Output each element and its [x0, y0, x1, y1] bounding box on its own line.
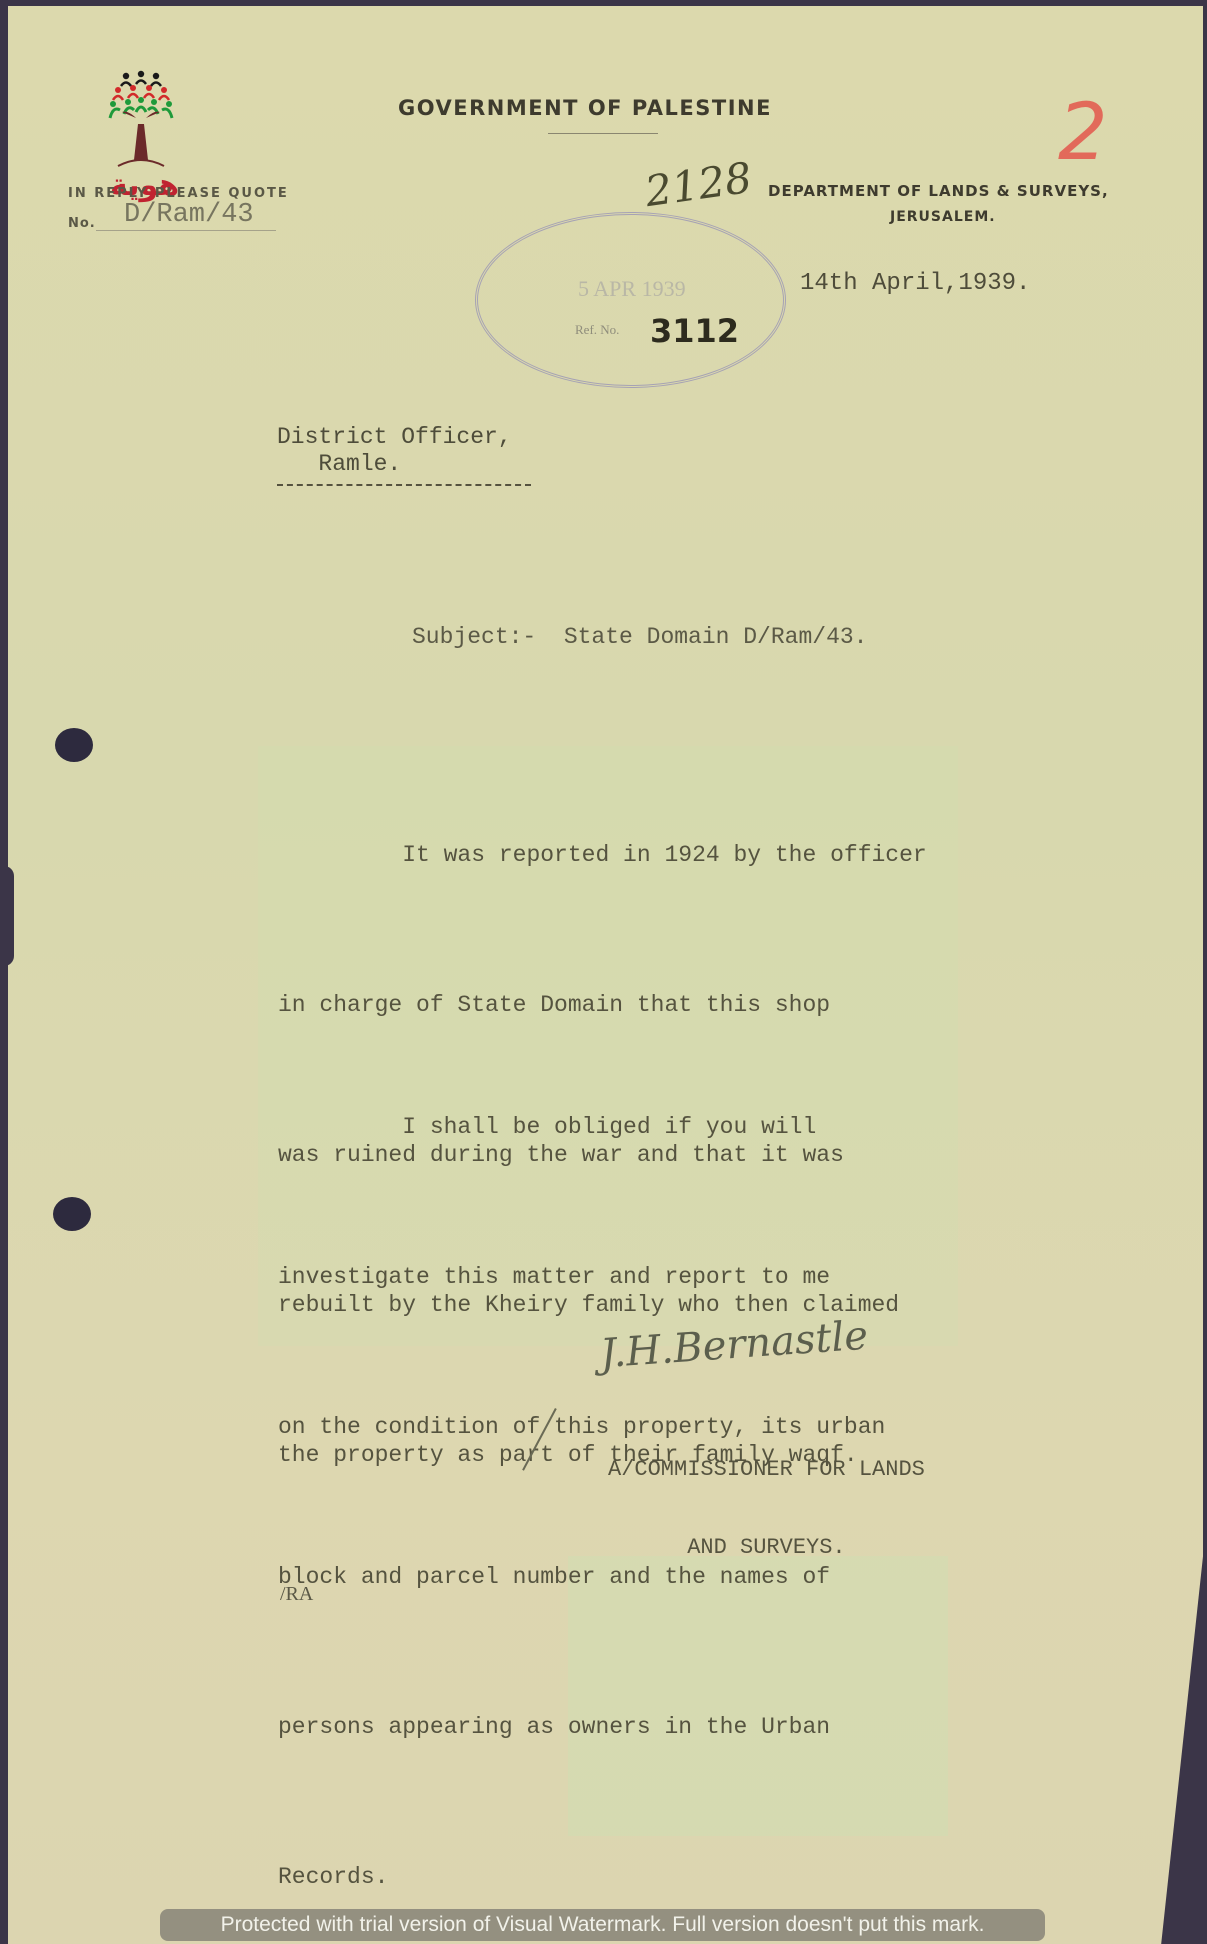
stamp-date: 5 APR 1939 — [578, 276, 686, 302]
number-label: No. — [68, 216, 96, 231]
text-line: I shall be obliged if you will — [278, 1102, 885, 1152]
title-rule — [548, 133, 658, 134]
reference-number: D/Ram/43 — [124, 200, 254, 230]
text-line: It was reported in 1924 by the officer — [278, 830, 927, 880]
addressee-underline — [277, 484, 531, 486]
signatory-title: A/COMMISSIONER FOR LANDS AND SURVEYS. — [608, 1405, 925, 1587]
text-line: investigate this matter and report to me — [278, 1252, 885, 1302]
subject-line: Subject:- State Domain D/Ram/43. — [412, 624, 867, 650]
trial-watermark-banner: Protected with trial version of Visual W… — [160, 1909, 1045, 1941]
typist-initials: /RA — [280, 1583, 313, 1606]
signatory-line: AND SURVEYS. — [608, 1535, 925, 1561]
reference-line — [96, 230, 276, 231]
punch-hole — [53, 1197, 91, 1231]
red-page-mark: 2 — [1058, 88, 1108, 178]
department-name: DEPARTMENT OF LANDS & SURVEYS, — [768, 182, 1109, 200]
punch-hole — [55, 728, 93, 762]
letter-date: 14th April,1939. — [800, 270, 1030, 297]
text-line: Records. — [278, 1852, 885, 1902]
signatory-line: A/COMMISSIONER FOR LANDS — [608, 1457, 925, 1483]
reply-quote-label: IN REPLY PLEASE QUOTE — [68, 186, 289, 201]
tree-logo-icon — [108, 68, 174, 178]
addressee-line: Ramle. — [277, 451, 512, 478]
addressee-line: District Officer, — [277, 424, 512, 451]
department-city: JERUSALEM. — [890, 209, 996, 225]
text-line: persons appearing as owners in the Urban — [278, 1702, 885, 1752]
stamp-ref-number: 3112 — [650, 312, 739, 350]
binding-edge — [0, 866, 14, 966]
government-title: GOVERNMENT OF PALESTINE — [398, 96, 772, 120]
stamp-ref-label: Ref. No. — [575, 322, 619, 338]
addressee: District Officer, Ramle. — [277, 424, 512, 478]
